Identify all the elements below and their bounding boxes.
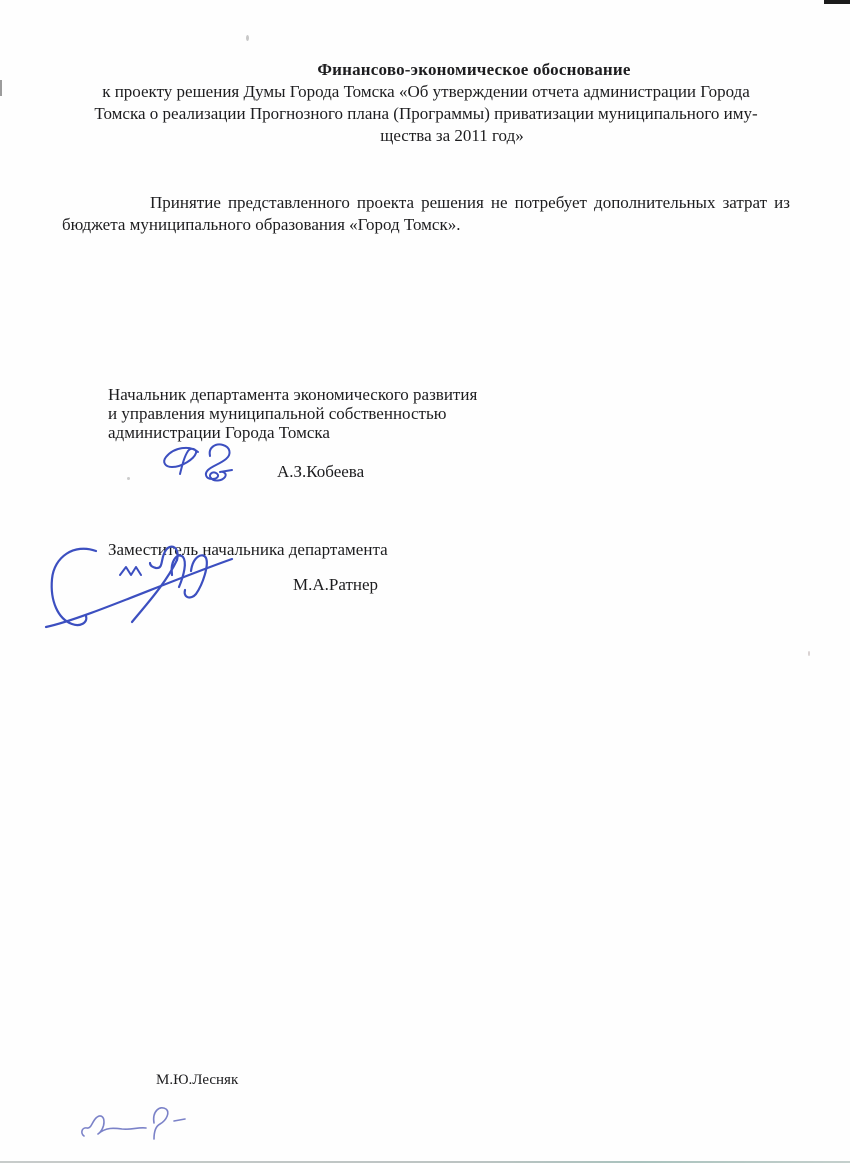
handwritten-signature-lesnyak: [78, 1103, 193, 1145]
body-line: Принятие представленного проекта решения…: [62, 192, 790, 214]
document-subtitle-line-1: к проекту решения Думы Города Томска «Об…: [62, 81, 790, 103]
body-line: бюджета муниципального образования «Горо…: [62, 214, 790, 236]
signatory-name-ratner: М.А.Ратнер: [293, 575, 378, 595]
handwritten-signature-kobeeva: [160, 442, 255, 486]
signatory-title-line: и управления муниципальной собственность…: [108, 404, 477, 423]
signatory-title-line: администрации Города Томска: [108, 423, 477, 442]
document-subtitle-line-3: щества за 2011 год»: [88, 125, 816, 147]
document-body-paragraph: Принятие представленного проекта решения…: [62, 192, 790, 236]
signatory-title-department-head: Начальник департамента экономического ра…: [108, 385, 477, 442]
signatory-name-kobeeva: А.З.Кобеева: [277, 462, 364, 482]
scan-bottom-edge-line: [0, 1161, 850, 1163]
document-title: Финансово-экономическое обоснование: [110, 59, 838, 81]
scan-speck: [246, 35, 249, 41]
signatory-title-line: Начальник департамента экономического ра…: [108, 385, 477, 404]
scan-edge-mark: [0, 80, 2, 96]
scan-speck: [127, 477, 130, 480]
scan-corner-mark: [824, 0, 850, 4]
scan-speck: [808, 651, 810, 656]
handwritten-signature-ratner: [44, 541, 239, 631]
document-heading: Финансово-экономическое обоснование к пр…: [62, 59, 790, 147]
document-subtitle-line-2: Томска о реализации Прогнозного плана (П…: [62, 103, 790, 125]
scanned-document-page: Финансово-экономическое обоснование к пр…: [0, 0, 850, 1170]
signatory-name-lesnyak: М.Ю.Лесняк: [156, 1072, 238, 1089]
